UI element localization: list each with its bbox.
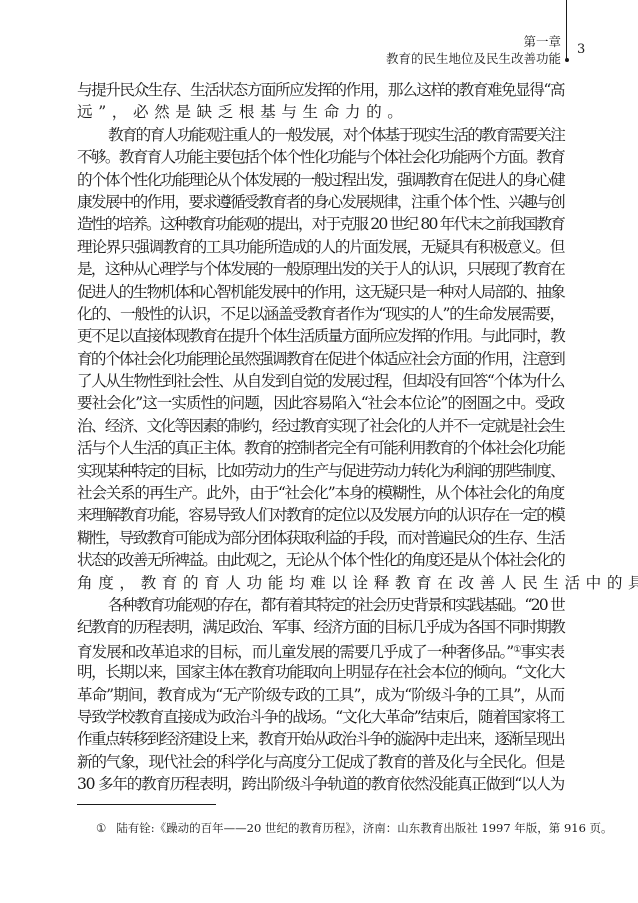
text-line-content: 革命”期间，教育成为“无产阶级专政的工具”，成为“阶级斗争的工具”，从而 [77, 686, 564, 704]
text-line-content: 与提升民众生存、生活状态方面所应发挥的作用，那么这样的教育难免显得“高 [77, 81, 564, 99]
text-line-content: 明，长期以来，国家主体在教育功能取向上明显存在社会本位的倾向。“文化大 [77, 663, 564, 681]
text-line: 不够。教育育人功能主要包括个体个性化功能与个体社会化功能两个方面。教育 [77, 146, 564, 168]
text-line: 造性的培养。这种教育功能观的提出，对于克服 20 世纪 80 年代末之前我国教育 [77, 213, 564, 235]
text-line-content: 康发展中的作用，要求遵循受教育者的身心发展规律，注重个体个性、兴趣与创 [77, 193, 564, 211]
text-line: 康发展中的作用，要求遵循受教育者的身心发展规律，注重个体个性、兴趣与创 [77, 191, 564, 213]
text-line-content: 育的个体社会化功能理论虽然强调教育在促进个体适应社会方面的作用，注意到 [77, 350, 564, 368]
text-line-content: 角度，教育的育人功能均难以诠释教育在改善人民生活中的具体作用。 [77, 574, 638, 592]
body-text: 与提升民众生存、生活状态方面所应发挥的作用，那么这样的教育难免显得“高远”，必然… [77, 79, 564, 796]
text-line-content: 活与个人生活的真正主体。教育的控制者完全有可能利用教育的个体社会化功能 [77, 439, 564, 457]
text-line-content: 育发展和改革追求的目标，而儿童发展的需要几乎成了一种奢侈品。” [77, 643, 513, 661]
text-line: 作重点转移到经济建设上来，教育开始从政治斗争的漩涡中走出来，逐渐呈现出 [77, 728, 564, 750]
text-line-content: 来理解教育功能，容易导致人们对教育的定位以及发展方向的认识存在一定的模 [77, 506, 564, 524]
text-line-content: 状态的改善无所裨益。由此观之，无论从个体个性化的角度还是从个体社会化的 [77, 551, 564, 569]
footnote-mark: ① [96, 821, 106, 835]
text-line: 促进人的生物机体和心智机能发展中的作用，这无疑只是一种对人局部的、抽象 [77, 281, 564, 303]
text-line: 与提升民众生存、生活状态方面所应发挥的作用，那么这样的教育难免显得“高 [77, 79, 564, 101]
text-line: 革命”期间，教育成为“无产阶级专政的工具”，成为“阶级斗争的工具”，从而 [77, 684, 564, 706]
footnote: ①陆有铨:《躁动的百年——20 世纪的教育历程》，济南：山东教育出版社 1997… [96, 820, 613, 836]
text-line: 糊性，导致教育可能成为部分团体获取利益的手段，而对普遍民众的生存、生活 [77, 527, 564, 549]
text-line-content: 各种教育功能观的存在，都有着其特定的社会历史背景和实践基础。“20 世 [108, 596, 564, 614]
text-line: 纪教育的历程表明，满足政治、军事、经济方面的目标几乎成为各国不同时期教 [77, 616, 564, 638]
text-line: 治、经济、文化等因素的制约，经过教育实现了社会化的人并不一定就是社会生 [77, 415, 564, 437]
text-line: 30 多年的教育历程表明，跨出阶级斗争轨道的教育依然没能真正做到“以人为 [77, 773, 564, 795]
text-line-content: 纪教育的历程表明，满足政治、军事、经济方面的目标几乎成为各国不同时期教 [77, 618, 564, 636]
text-line: 理论界只强调教育的工具功能所造成的人的片面发展，无疑具有积极意义。但 [77, 236, 564, 258]
running-head-chapter-title: 教育的民生地位及民生改善功能 [386, 51, 561, 67]
text-line: 新的气象，现代社会的科学化与高度分工促成了教育的普及化与全民化。但是 [77, 751, 564, 773]
text-line: 化的、一般性的认识，不足以涵盖受教育者作为“现实的人”的生命发展需要， [77, 303, 564, 325]
text-line-content: 促进人的生物机体和心智机能发展中的作用，这无疑只是一种对人局部的、抽象 [77, 283, 564, 301]
text-line-content: 实现某种特定的目标，比如劳动力的生产与促进劳动力转化为利润的那些制度、 [77, 462, 564, 480]
footnote-separator [77, 804, 216, 805]
text-line: 育的个体社会化功能理论虽然强调教育在促进个体适应社会方面的作用，注意到 [77, 348, 564, 370]
text-line: 要社会化”这一实质性的问题，因此容易陷入“社会本位论”的囹圄之中。受政 [77, 392, 564, 414]
text-line-content: 作重点转移到经济建设上来，教育开始从政治斗争的漩涡中走出来，逐渐呈现出 [77, 730, 564, 748]
page-number: 3 [577, 42, 585, 57]
text-line: 了人从生物性到社会性、从自发到自觉的发展过程，但却没有回答“个体为什么 [77, 370, 564, 392]
running-head-chapter: 第一章 [523, 34, 561, 50]
text-line: 来理解教育功能，容易导致人们对教育的定位以及发展方向的认识存在一定的模 [77, 504, 564, 526]
text-line: 活与个人生活的真正主体。教育的控制者完全有可能利用教育的个体社会化功能 [77, 437, 564, 459]
text-line-content: 治、经济、文化等因素的制约，经过教育实现了社会化的人并不一定就是社会生 [77, 417, 564, 435]
text-line-content: 了人从生物性到社会性、从自发到自觉的发展过程，但却没有回答“个体为什么 [77, 372, 564, 390]
text-line: 教育的育人功能观注重人的一般发展，对个体基于现实生活的教育需要关注 [77, 124, 564, 146]
text-line-content: 化的、一般性的认识，不足以涵盖受教育者作为“现实的人”的生命发展需要， [77, 305, 564, 323]
text-line: 是，这种从心理学与个体发展的一般原理出发的关于人的认识，只展现了教育在 [77, 258, 564, 280]
text-line: 育发展和改革追求的目标，而儿童发展的需要几乎成了一种奢侈品。”①事实表 [77, 639, 564, 661]
text-line: 社会关系的再生产。此外，由于“社会化”本身的模糊性，从个体社会化的角度 [77, 482, 564, 504]
text-line-content: 远”，必然是缺乏根基与生命力的。 [77, 103, 408, 121]
text-line: 状态的改善无所裨益。由此观之，无论从个体个性化的角度还是从个体社会化的 [77, 549, 564, 571]
header-vertical-rule [566, 0, 567, 60]
text-line-content: 是，这种从心理学与个体发展的一般原理出发的关于人的认识，只展现了教育在 [77, 260, 564, 278]
text-line-content: 新的气象，现代社会的科学化与高度分工促成了教育的普及化与全民化。但是 [77, 753, 564, 771]
text-line: 角度，教育的育人功能均难以诠释教育在改善人民生活中的具体作用。 [77, 572, 564, 594]
text-line: 的个体个性化功能理论从个体发展的一般过程出发，强调教育在促进人的身心健 [77, 169, 564, 191]
text-line-content: 30 多年的教育历程表明，跨出阶级斗争轨道的教育依然没能真正做到“以人为 [77, 775, 564, 793]
text-line-content: 导致学校教育直接成为政治斗争的战场。“文化大革命”结束后，随着国家将工 [77, 708, 564, 726]
text-line: 明，长期以来，国家主体在教育功能取向上明显存在社会本位的倾向。“文化大 [77, 661, 564, 683]
header-rule-dot [565, 58, 569, 62]
footnote-text: 陆有铨:《躁动的百年——20 世纪的教育历程》，济南：山东教育出版社 1997 … [116, 821, 612, 835]
text-line-content: 要社会化”这一实质性的问题，因此容易陷入“社会本位论”的囹圄之中。受政 [77, 394, 564, 412]
text-line-content: 教育的育人功能观注重人的一般发展，对个体基于现实生活的教育需要关注 [108, 126, 564, 144]
text-line-content: 理论界只强调教育的工具功能所造成的人的片面发展，无疑具有积极意义。但 [77, 238, 564, 256]
text-line: 导致学校教育直接成为政治斗争的战场。“文化大革命”结束后，随着国家将工 [77, 706, 564, 728]
text-line-content: 社会关系的再生产。此外，由于“社会化”本身的模糊性，从个体社会化的角度 [77, 484, 564, 502]
text-line-content: 造性的培养。这种教育功能观的提出，对于克服 20 世纪 80 年代末之前我国教育 [77, 215, 564, 233]
text-line: 远”，必然是缺乏根基与生命力的。 [77, 101, 564, 123]
text-line: 更不足以直接体现教育在提升个体生活质量方面所应发挥的作用。与此同时，教 [77, 325, 564, 347]
text-line-content: 不够。教育育人功能主要包括个体个性化功能与个体社会化功能两个方面。教育 [77, 148, 564, 166]
text-line-content: 的个体个性化功能理论从个体发展的一般过程出发，强调教育在促进人的身心健 [77, 171, 564, 189]
text-line: 实现某种特定的目标，比如劳动力的生产与促进劳动力转化为利润的那些制度、 [77, 460, 564, 482]
text-line: 各种教育功能观的存在，都有着其特定的社会历史背景和实践基础。“20 世 [77, 594, 564, 616]
text-line-content: 糊性，导致教育可能成为部分团体获取利益的手段，而对普遍民众的生存、生活 [77, 529, 564, 547]
text-line-content: 更不足以直接体现教育在提升个体生活质量方面所应发挥的作用。与此同时，教 [77, 327, 564, 345]
text-line-continuation: 事实表 [520, 643, 564, 661]
